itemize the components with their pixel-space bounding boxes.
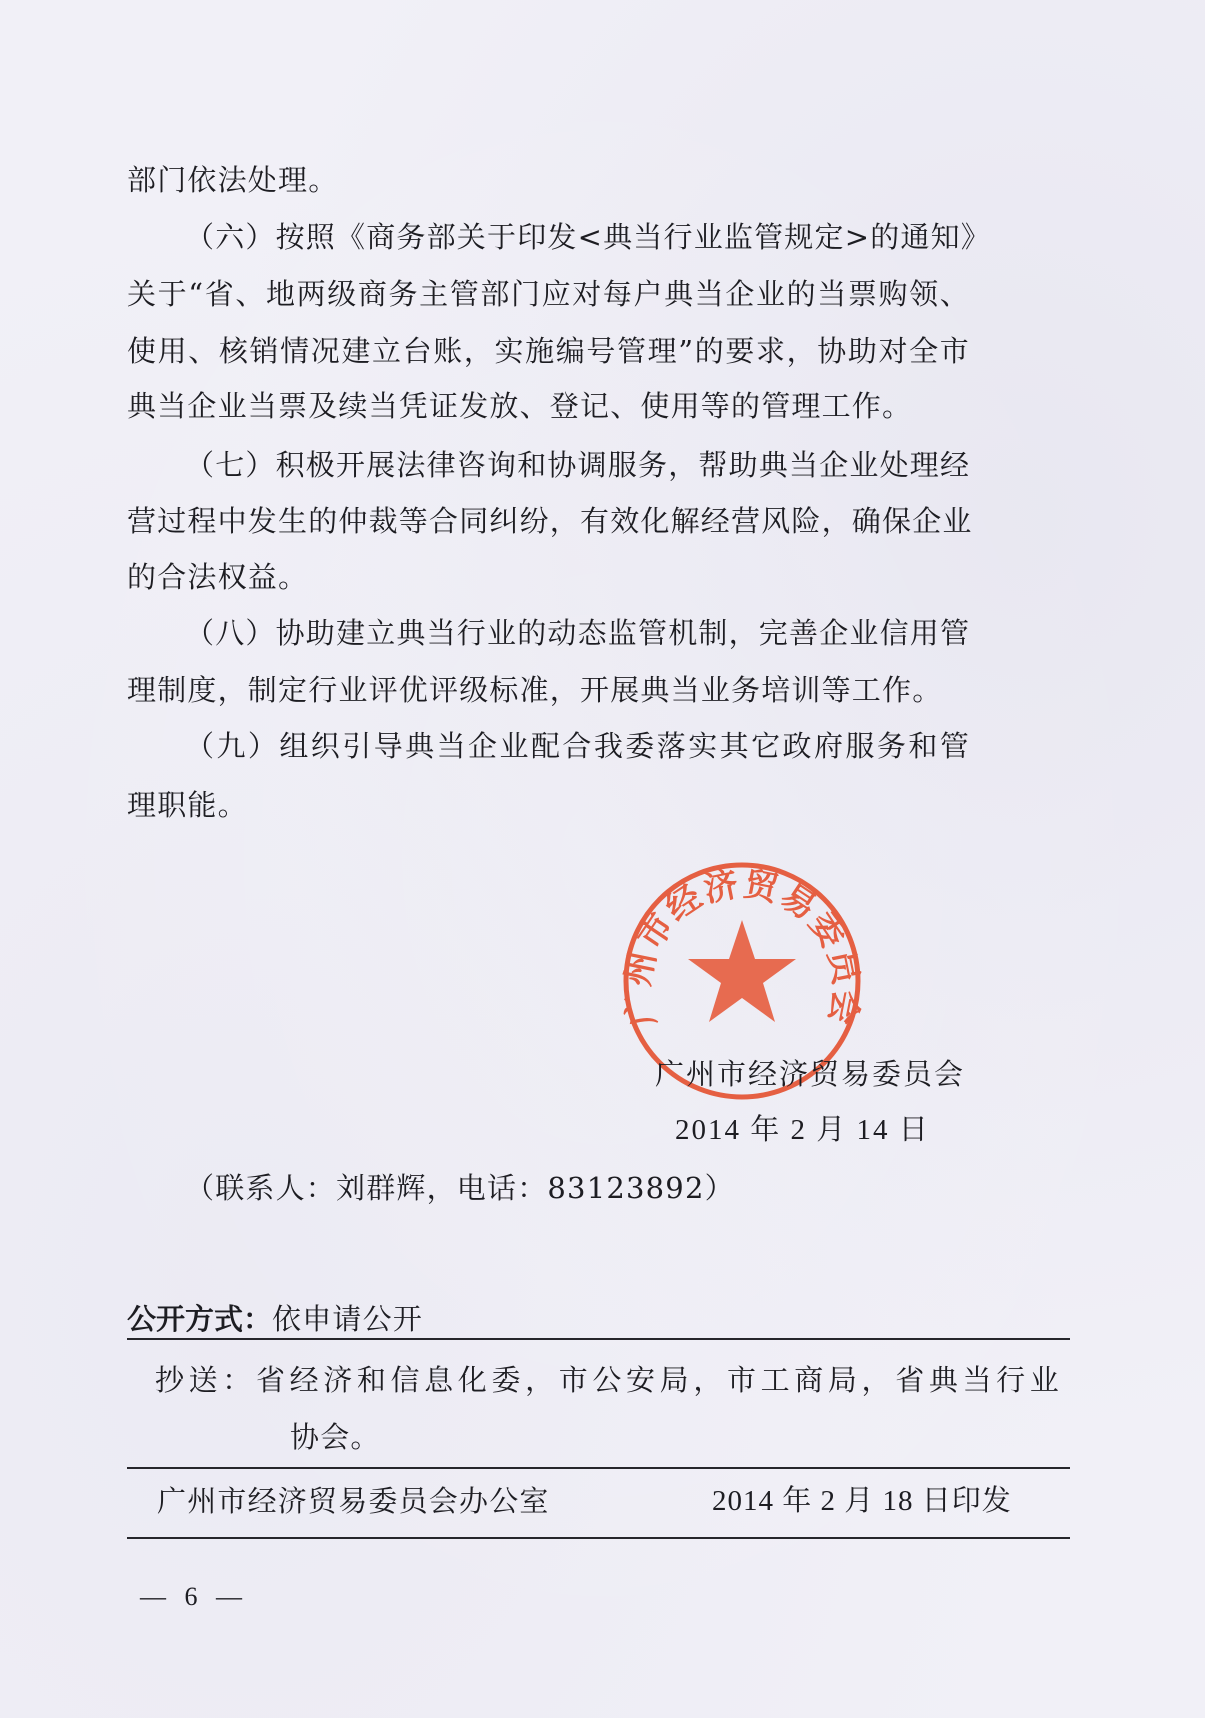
issue-date: 2014 年 2 月 18 日印发 [712,1484,1012,1518]
body-line-1: 部门依法处理。 [127,163,338,197]
issuer-office: 广州市经济贸易委员会办公室 [157,1484,550,1518]
body-line-12: 理职能。 [127,788,248,822]
body-line-11: （九）组织引导典当企业配合我委落实其它政府服务和管 [185,729,970,763]
disclosure-label: 公开方式： [127,1302,272,1336]
cc-label: 抄送： [155,1363,256,1397]
contact-info: （联系人：刘群辉，电话：83123892） [185,1171,735,1205]
body-line-8: 的合法权益。 [127,560,308,594]
paper-background [0,0,1205,1718]
body-line-3: 关于“省、地两级商务主管部门应对每户典当企业的当票购领、 [127,277,970,311]
signature-date: 2014 年 2 月 14 日 [675,1113,930,1147]
body-line-9: （八）协助建立典当行业的动态监管机制，完善企业信用管 [185,616,970,650]
body-line-4: 使用、核销情况建立台账，实施编号管理”的要求，协助对全市 [127,334,970,368]
body-line-2: （六）按照《商务部关于印发<典当行业监管规定>的通知》 [185,220,970,254]
cc-line-2: 协会。 [290,1420,381,1454]
rule-middle [127,1467,1070,1469]
body-line-10: 理制度，制定行业评优评级标准，开展典当业务培训等工作。 [127,673,917,707]
disclosure-value: 依申请公开 [272,1302,423,1336]
signature-organization: 广州市经济贸易委员会 [655,1057,965,1091]
rule-bottom [127,1537,1070,1539]
body-line-7: 营过程中发生的仲裁等合同纠纷，有效化解经营风险，确保企业 [127,504,970,538]
svg-text:广州市经济贸易委员会: 广州市经济贸易委员会 [619,864,865,1029]
cc-recipients: 省经济和信息化委，市公安局，市工商局，省典当行业 [256,1363,1060,1397]
rule-top [127,1338,1070,1340]
cc-line-1: 抄送：省经济和信息化委，市公安局，市工商局，省典当行业 [155,1363,1060,1397]
body-line-6: （七）积极开展法律咨询和协调服务，帮助典当企业处理经 [185,448,970,482]
page-number: — 6 — [140,1582,248,1612]
body-line-5: 典当企业当票及续当凭证发放、登记、使用等的管理工作。 [127,389,907,423]
disclosure-line: 公开方式：依申请公开 [127,1302,423,1336]
